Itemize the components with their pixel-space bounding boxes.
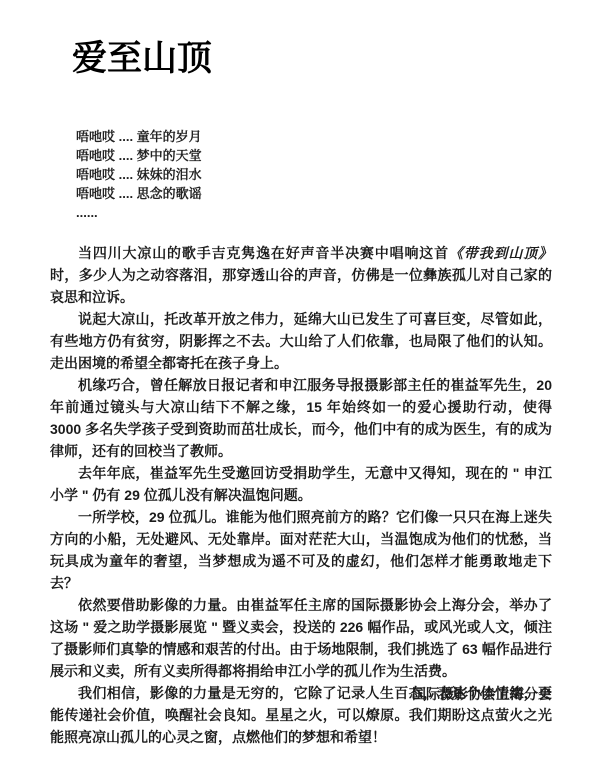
article-paragraph-5: 一所学校，29 位孤儿。谁能为他们照亮前方的路？它们像一只只在海上迷失方向的小船…: [50, 506, 552, 594]
song-title-text: 《带我到山顶》: [449, 245, 552, 261]
document-page: 爱至山顶 唔吔哎 .... 童年的岁月 唔吔哎 .... 梦中的天堂 唔吔哎 .…: [0, 0, 600, 762]
paragraph-text: 时，多少人为之动容落泪，那穿透山谷的声音，仿佛是一位彝族孤儿对自己家的哀思和泣诉…: [50, 267, 552, 305]
signature: 国际摄影协会上海分会: [412, 684, 552, 704]
article-paragraph-2: 说起大凉山，托改革开放之伟力，延绵大山已发生了可喜巨变，尽管如此，有些地方仍有贫…: [50, 308, 552, 374]
song-verses: 唔吔哎 .... 童年的岁月 唔吔哎 .... 梦中的天堂 唔吔哎 .... 妹…: [76, 127, 202, 222]
article-paragraph-4: 去年年底，崔益军先生受邀回访受捐助学生，无意中又得知，现在的 " 申江小学 " …: [50, 462, 552, 506]
verse-line: 唔吔哎 .... 思念的歌谣: [76, 184, 202, 203]
article-paragraph-6: 依然要借助影像的力量。由崔益军任主席的国际摄影协会上海分会，举办了这场 " 爱之…: [50, 594, 552, 682]
article-paragraph-3: 机缘巧合，曾任解放日报记者和申江服务导报摄影部主任的崔益军先生，20 年前通过镜…: [50, 374, 552, 462]
verse-line: 唔吔哎 .... 梦中的天堂: [76, 146, 202, 165]
paragraph-text: 当四川大凉山的歌手吉克隽逸在好声音半决赛中唱响这首: [78, 245, 449, 261]
article-paragraph-1: 当四川大凉山的歌手吉克隽逸在好声音半决赛中唱响这首《带我到山顶》时，多少人为之动…: [50, 242, 552, 308]
verse-line: 唔吔哎 .... 妹妹的泪水: [76, 165, 202, 184]
article-body: 当四川大凉山的歌手吉克隽逸在好声音半决赛中唱响这首《带我到山顶》时，多少人为之动…: [50, 242, 552, 748]
verse-ellipsis: ......: [76, 203, 202, 222]
page-title: 爱至山顶: [72, 38, 212, 80]
verse-line: 唔吔哎 .... 童年的岁月: [76, 127, 202, 146]
